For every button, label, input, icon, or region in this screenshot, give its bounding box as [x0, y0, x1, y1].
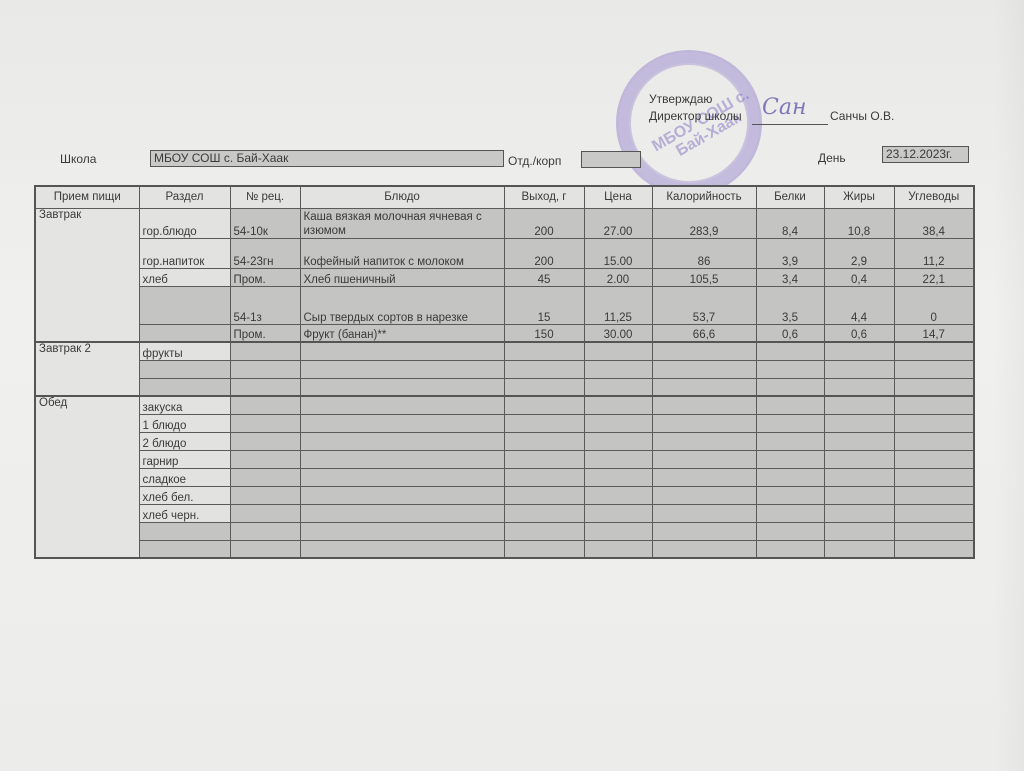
cell-dish [300, 360, 504, 378]
cell-section [139, 378, 230, 396]
cell-yield: 45 [504, 268, 584, 286]
cell-recipe [230, 396, 300, 414]
table-row [35, 522, 974, 540]
cell-calories [652, 342, 756, 360]
table-row: 1 блюдо [35, 414, 974, 432]
cell-recipe: 54-10к [230, 208, 300, 238]
table-row: сладкое [35, 468, 974, 486]
cell-recipe [230, 540, 300, 558]
column-header-protein: Белки [756, 186, 824, 208]
director-label: Директор школы [649, 109, 742, 123]
cell-fat: 4,4 [824, 286, 894, 324]
cell-protein [756, 450, 824, 468]
cell-protein [756, 540, 824, 558]
cell-dish [300, 468, 504, 486]
table-row: хлеб бел. [35, 486, 974, 504]
cell-yield: 15 [504, 286, 584, 324]
cell-calories [652, 468, 756, 486]
cell-carbs [894, 504, 974, 522]
cell-section: сладкое [139, 468, 230, 486]
cell-yield [504, 342, 584, 360]
cell-recipe: 54-1з [230, 286, 300, 324]
cell-fat [824, 396, 894, 414]
cell-dish [300, 396, 504, 414]
cell-dish [300, 450, 504, 468]
cell-carbs: 14,7 [894, 324, 974, 342]
table-row: гарнир [35, 450, 974, 468]
cell-price [584, 342, 652, 360]
signature: Сан [762, 95, 806, 120]
cell-carbs [894, 540, 974, 558]
cell-fat [824, 504, 894, 522]
cell-recipe [230, 342, 300, 360]
cell-recipe [230, 414, 300, 432]
signature-line [752, 124, 828, 125]
cell-carbs [894, 360, 974, 378]
cell-price [584, 378, 652, 396]
cell-recipe [230, 486, 300, 504]
table-row: 2 блюдо [35, 432, 974, 450]
cell-price [584, 360, 652, 378]
cell-price: 27.00 [584, 208, 652, 238]
table-row: 54-1зСыр твердых сортов в нарезке1511,25… [35, 286, 974, 324]
cell-section: гор.блюдо [139, 208, 230, 238]
cell-yield [504, 486, 584, 504]
cell-carbs [894, 414, 974, 432]
meal-name: Обед [35, 396, 139, 558]
table-row: Обедзакуска [35, 396, 974, 414]
cell-calories [652, 360, 756, 378]
cell-price [584, 468, 652, 486]
cell-recipe [230, 450, 300, 468]
column-header-carbs: Углеводы [894, 186, 974, 208]
column-header-fat: Жиры [824, 186, 894, 208]
cell-section: хлеб черн. [139, 504, 230, 522]
cell-carbs: 38,4 [894, 208, 974, 238]
cell-section: гор.напиток [139, 238, 230, 268]
column-header-recipe: № рец. [230, 186, 300, 208]
cell-yield [504, 414, 584, 432]
cell-yield: 150 [504, 324, 584, 342]
table-row: хлебПром.Хлеб пшеничный452.00105,53,40,4… [35, 268, 974, 286]
cell-calories: 86 [652, 238, 756, 268]
cell-calories: 53,7 [652, 286, 756, 324]
cell-protein: 3,5 [756, 286, 824, 324]
cell-fat [824, 468, 894, 486]
day-field: 23.12.2023г. [882, 146, 969, 163]
cell-section: 2 блюдо [139, 432, 230, 450]
cell-carbs: 0 [894, 286, 974, 324]
cell-protein: 8,4 [756, 208, 824, 238]
cell-fat [824, 360, 894, 378]
cell-dish [300, 432, 504, 450]
cell-recipe [230, 432, 300, 450]
approve-label: Утверждаю [649, 92, 712, 106]
cell-yield [504, 450, 584, 468]
cell-protein [756, 396, 824, 414]
cell-fat: 2,9 [824, 238, 894, 268]
cell-carbs [894, 396, 974, 414]
cell-price: 30.00 [584, 324, 652, 342]
cell-calories [652, 540, 756, 558]
cell-fat [824, 540, 894, 558]
cell-yield [504, 396, 584, 414]
cell-dish [300, 342, 504, 360]
cell-protein [756, 486, 824, 504]
menu-table: Прием пищиРаздел№ рец.БлюдоВыход, гЦенаК… [34, 185, 975, 559]
cell-section [139, 286, 230, 324]
cell-calories [652, 450, 756, 468]
cell-price [584, 522, 652, 540]
cell-carbs [894, 450, 974, 468]
cell-protein: 0,6 [756, 324, 824, 342]
cell-calories: 66,6 [652, 324, 756, 342]
cell-yield [504, 504, 584, 522]
column-header-dish: Блюдо [300, 186, 504, 208]
cell-price: 2.00 [584, 268, 652, 286]
cell-carbs [894, 342, 974, 360]
cell-fat [824, 522, 894, 540]
cell-calories: 105,5 [652, 268, 756, 286]
cell-price [584, 540, 652, 558]
cell-section: фрукты [139, 342, 230, 360]
cell-fat: 0,6 [824, 324, 894, 342]
cell-carbs [894, 468, 974, 486]
cell-recipe [230, 504, 300, 522]
cell-protein [756, 504, 824, 522]
cell-fat [824, 432, 894, 450]
cell-carbs [894, 432, 974, 450]
cell-section [139, 522, 230, 540]
cell-calories: 283,9 [652, 208, 756, 238]
cell-recipe: 54-23гн [230, 238, 300, 268]
cell-section: хлеб [139, 268, 230, 286]
cell-section: закуска [139, 396, 230, 414]
cell-carbs: 22,1 [894, 268, 974, 286]
cell-protein: 3,4 [756, 268, 824, 286]
cell-protein [756, 432, 824, 450]
table-row: Пром.Фрукт (банан)**15030.0066,60,60,614… [35, 324, 974, 342]
cell-price: 15.00 [584, 238, 652, 268]
cell-calories [652, 414, 756, 432]
cell-fat: 0,4 [824, 268, 894, 286]
cell-fat [824, 414, 894, 432]
cell-yield [504, 522, 584, 540]
cell-protein [756, 342, 824, 360]
cell-calories [652, 396, 756, 414]
cell-dish: Хлеб пшеничный [300, 268, 504, 286]
cell-price [584, 396, 652, 414]
cell-section: хлеб бел. [139, 486, 230, 504]
cell-dish: Каша вязкая молочная ячневая с изюмом [300, 208, 504, 238]
cell-price [584, 504, 652, 522]
cell-price [584, 414, 652, 432]
cell-dish: Сыр твердых сортов в нарезке [300, 286, 504, 324]
cell-yield [504, 540, 584, 558]
column-header-calories: Калорийность [652, 186, 756, 208]
cell-fat: 10,8 [824, 208, 894, 238]
table-row: Завтрак 2фрукты [35, 342, 974, 360]
cell-recipe: Пром. [230, 324, 300, 342]
table-row [35, 378, 974, 396]
table-row [35, 540, 974, 558]
cell-protein [756, 522, 824, 540]
branch-field [581, 151, 641, 168]
column-header-meal: Прием пищи [35, 186, 139, 208]
cell-dish [300, 378, 504, 396]
cell-fat [824, 378, 894, 396]
cell-section: 1 блюдо [139, 414, 230, 432]
cell-calories [652, 486, 756, 504]
cell-yield [504, 360, 584, 378]
meal-name: Завтрак 2 [35, 342, 139, 396]
day-label: День [818, 151, 846, 165]
cell-carbs [894, 378, 974, 396]
cell-carbs [894, 522, 974, 540]
cell-yield [504, 432, 584, 450]
cell-dish [300, 540, 504, 558]
cell-section: гарнир [139, 450, 230, 468]
cell-dish [300, 504, 504, 522]
table-header-row: Прием пищиРаздел№ рец.БлюдоВыход, гЦенаК… [35, 186, 974, 208]
column-header-price: Цена [584, 186, 652, 208]
cell-recipe [230, 360, 300, 378]
cell-section [139, 540, 230, 558]
school-field: МБОУ СОШ с. Бай-Хаак [150, 150, 504, 167]
cell-protein [756, 414, 824, 432]
table-row: Завтракгор.блюдо54-10кКаша вязкая молочн… [35, 208, 974, 238]
cell-calories [652, 522, 756, 540]
cell-protein [756, 468, 824, 486]
cell-price [584, 450, 652, 468]
cell-calories [652, 432, 756, 450]
cell-yield [504, 468, 584, 486]
cell-recipe: Пром. [230, 268, 300, 286]
school-label: Школа [60, 152, 96, 166]
cell-protein [756, 378, 824, 396]
cell-dish [300, 414, 504, 432]
cell-protein [756, 360, 824, 378]
meal-name: Завтрак [35, 208, 139, 342]
cell-fat [824, 486, 894, 504]
column-header-yield: Выход, г [504, 186, 584, 208]
cell-recipe [230, 468, 300, 486]
table-row [35, 360, 974, 378]
cell-price: 11,25 [584, 286, 652, 324]
table-row: гор.напиток54-23гнКофейный напиток с мол… [35, 238, 974, 268]
cell-yield [504, 378, 584, 396]
cell-protein: 3,9 [756, 238, 824, 268]
paper-edge [994, 0, 1024, 771]
cell-section [139, 360, 230, 378]
cell-yield: 200 [504, 208, 584, 238]
cell-dish [300, 522, 504, 540]
director-name: Санчы О.В. [830, 109, 894, 123]
table-row: хлеб черн. [35, 504, 974, 522]
cell-dish: Фрукт (банан)** [300, 324, 504, 342]
cell-yield: 200 [504, 238, 584, 268]
cell-recipe [230, 522, 300, 540]
column-header-section: Раздел [139, 186, 230, 208]
cell-fat [824, 450, 894, 468]
cell-calories [652, 378, 756, 396]
cell-dish: Кофейный напиток с молоком [300, 238, 504, 268]
cell-carbs: 11,2 [894, 238, 974, 268]
cell-carbs [894, 486, 974, 504]
cell-calories [652, 504, 756, 522]
cell-price [584, 432, 652, 450]
cell-section [139, 324, 230, 342]
branch-label: Отд./корп [508, 154, 561, 168]
cell-dish [300, 486, 504, 504]
cell-fat [824, 342, 894, 360]
cell-recipe [230, 378, 300, 396]
cell-price [584, 486, 652, 504]
